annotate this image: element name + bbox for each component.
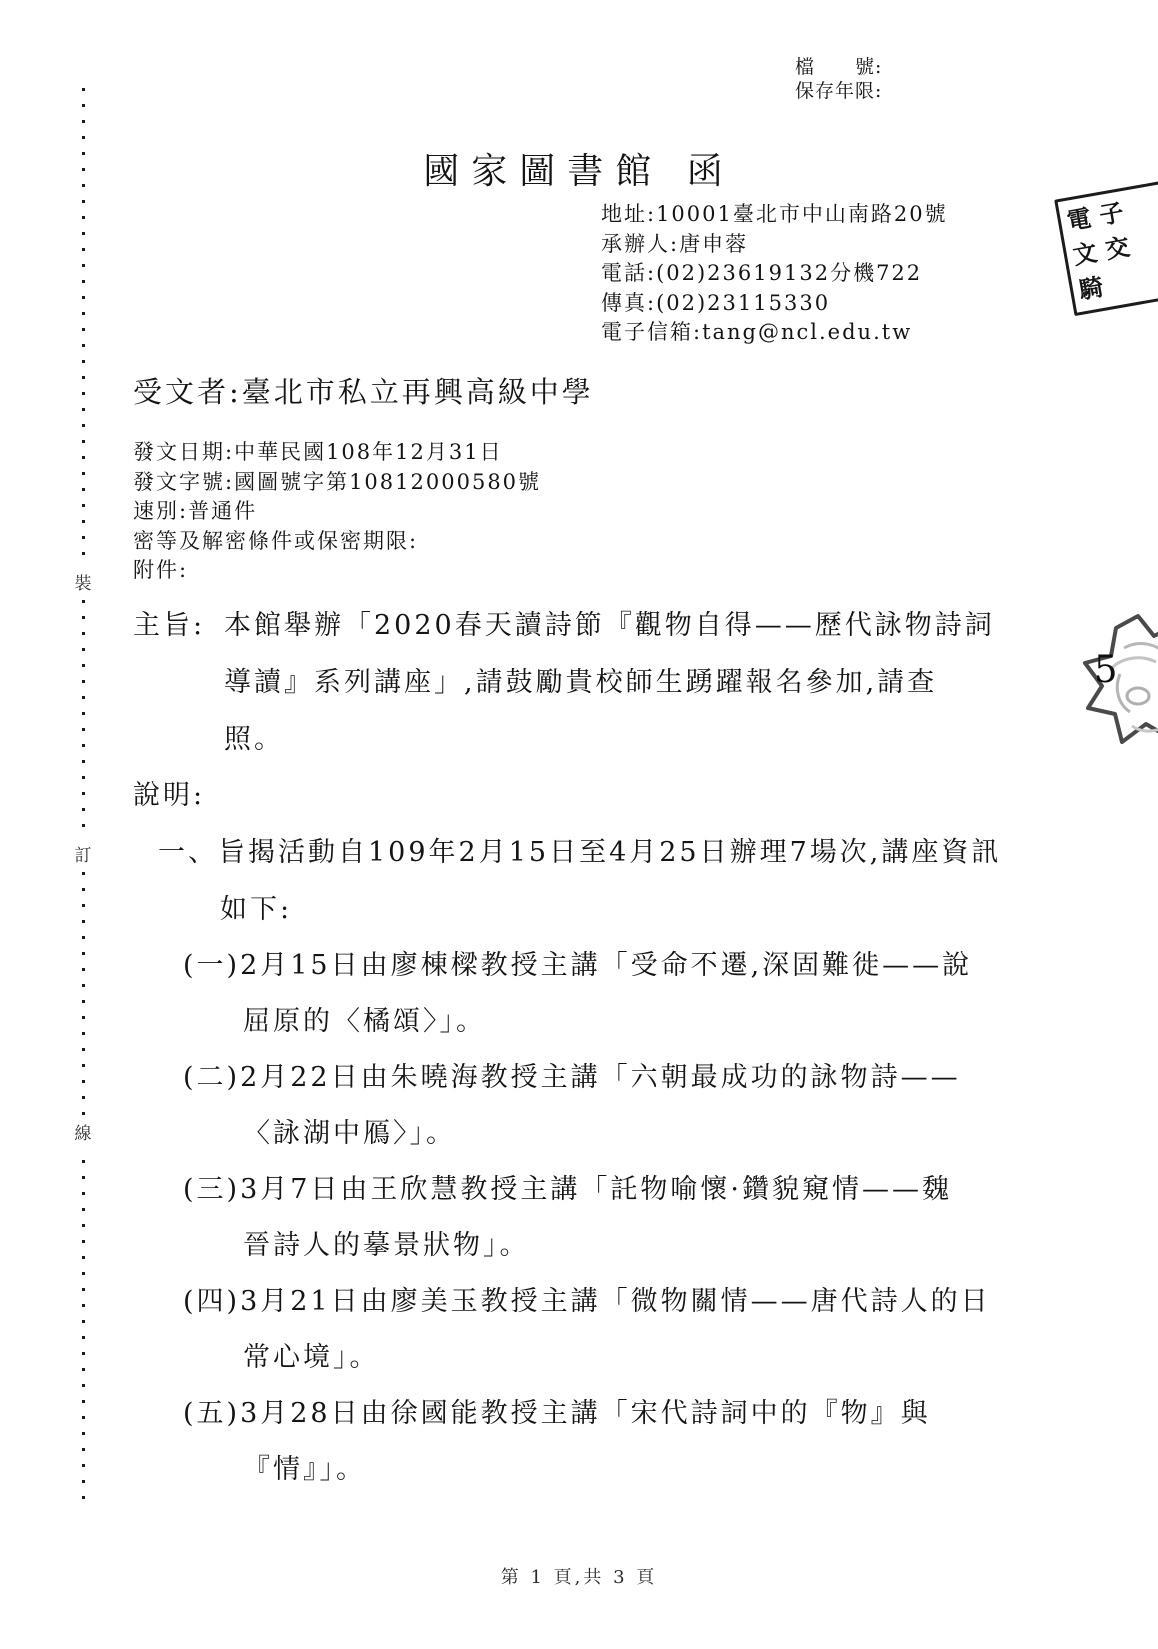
lecture-2-line-2: 〈詠湖中鴈〉」。 xyxy=(243,1119,456,1149)
description-item-1-cont: 如下: xyxy=(220,895,292,925)
security-line: 密等及解密條件或保密期限: xyxy=(133,527,541,557)
doc-number-line: 發文字號:國圖號字第10812000580號 xyxy=(133,468,541,498)
attachment-line: 附件: xyxy=(133,556,541,586)
sender-email: 電子信箱:tang@ncl.edu.tw xyxy=(601,318,948,348)
subject-line-2: 導讀』系列講座」,請鼓勵貴校師生踴躍報名參加,請查 xyxy=(224,668,937,698)
lecture-1-line-2: 屈原的〈橘頌〉」。 xyxy=(243,1007,486,1037)
lecture-3-line-2: 晉詩人的摹景狀物」。 xyxy=(243,1231,530,1261)
binding-char-xian: 線 xyxy=(72,1115,94,1148)
sender-info-block: 地址:10001臺北市中山南路20號 承辦人:唐申蓉 電話:(02)236191… xyxy=(601,200,948,348)
binding-char-zhuang: 裝 xyxy=(72,565,94,598)
letter-page: 裝 訂 線 檔 號: 保存年限: 國家圖書館 函 地址:10001臺北市中山南路… xyxy=(0,0,1158,1649)
meta-block: 發文日期:中華民國108年12月31日 發文字號:國圖號字第1081200058… xyxy=(133,438,541,586)
sender-contact-person: 承辦人:唐申蓉 xyxy=(601,230,948,260)
subject-line-1: 本館舉辦「2020春天讀詩節『觀物自得——歷代詠物詩詞 xyxy=(224,611,995,641)
lecture-2-line-1: (二)2月22日由朱曉海教授主講「六朝最成功的詠物詩—— xyxy=(183,1063,961,1093)
subject-line-3: 照。 xyxy=(224,725,284,755)
file-number-block: 檔 號: 保存年限: xyxy=(795,55,882,103)
speed-line: 速別:普通件 xyxy=(133,497,541,527)
lecture-5-line-2: 『情』」。 xyxy=(243,1455,366,1485)
recipient-line: 受文者:臺北市私立再興高級中學 xyxy=(133,370,594,411)
lecture-5-line-1: (五)3月28日由徐國能教授主講「宋代詩詞中的『物』與 xyxy=(183,1399,931,1429)
seal-number: 5 xyxy=(1094,648,1118,691)
description-item-1: 一、旨揭活動自109年2月15日至4月25日辦理7場次,講座資訊 xyxy=(158,838,1001,868)
page-indicator: 第 1 頁,共 3 頁 xyxy=(0,1563,1158,1589)
binding-char-ding: 訂 xyxy=(72,837,94,870)
subject-label: 主旨: xyxy=(133,611,205,641)
sender-fax: 傳真:(02)23115330 xyxy=(601,289,948,319)
retention-period-label: 保存年限: xyxy=(795,79,882,103)
issue-date-line: 發文日期:中華民國108年12月31日 xyxy=(133,438,541,468)
lecture-1-line-1: (一)2月15日由廖棟樑教授主講「受命不遷,深固難徙——說 xyxy=(183,951,972,981)
sender-address: 地址:10001臺北市中山南路20號 xyxy=(601,200,948,230)
description-label: 說明: xyxy=(133,781,205,811)
file-number-label: 檔 號: xyxy=(795,55,882,79)
lecture-3-line-1: (三)3月7日由王欣慧教授主講「託物喻懷·鑽貌窺情——魏 xyxy=(183,1175,952,1205)
sender-phone: 電話:(02)23619132分機722 xyxy=(601,259,948,289)
lecture-4-line-1: (四)3月21日由廖美玉教授主講「微物關情——唐代詩人的日 xyxy=(183,1287,991,1317)
exchange-stamp-row-1: 電子 xyxy=(1065,190,1158,235)
document-title: 國家圖書館 函 xyxy=(0,143,1158,194)
lecture-4-line-2: 常心境」。 xyxy=(243,1343,380,1373)
binding-dotted-line xyxy=(82,88,85,1506)
electronic-exchange-stamp: 電子 文交 騎 xyxy=(1054,178,1158,316)
